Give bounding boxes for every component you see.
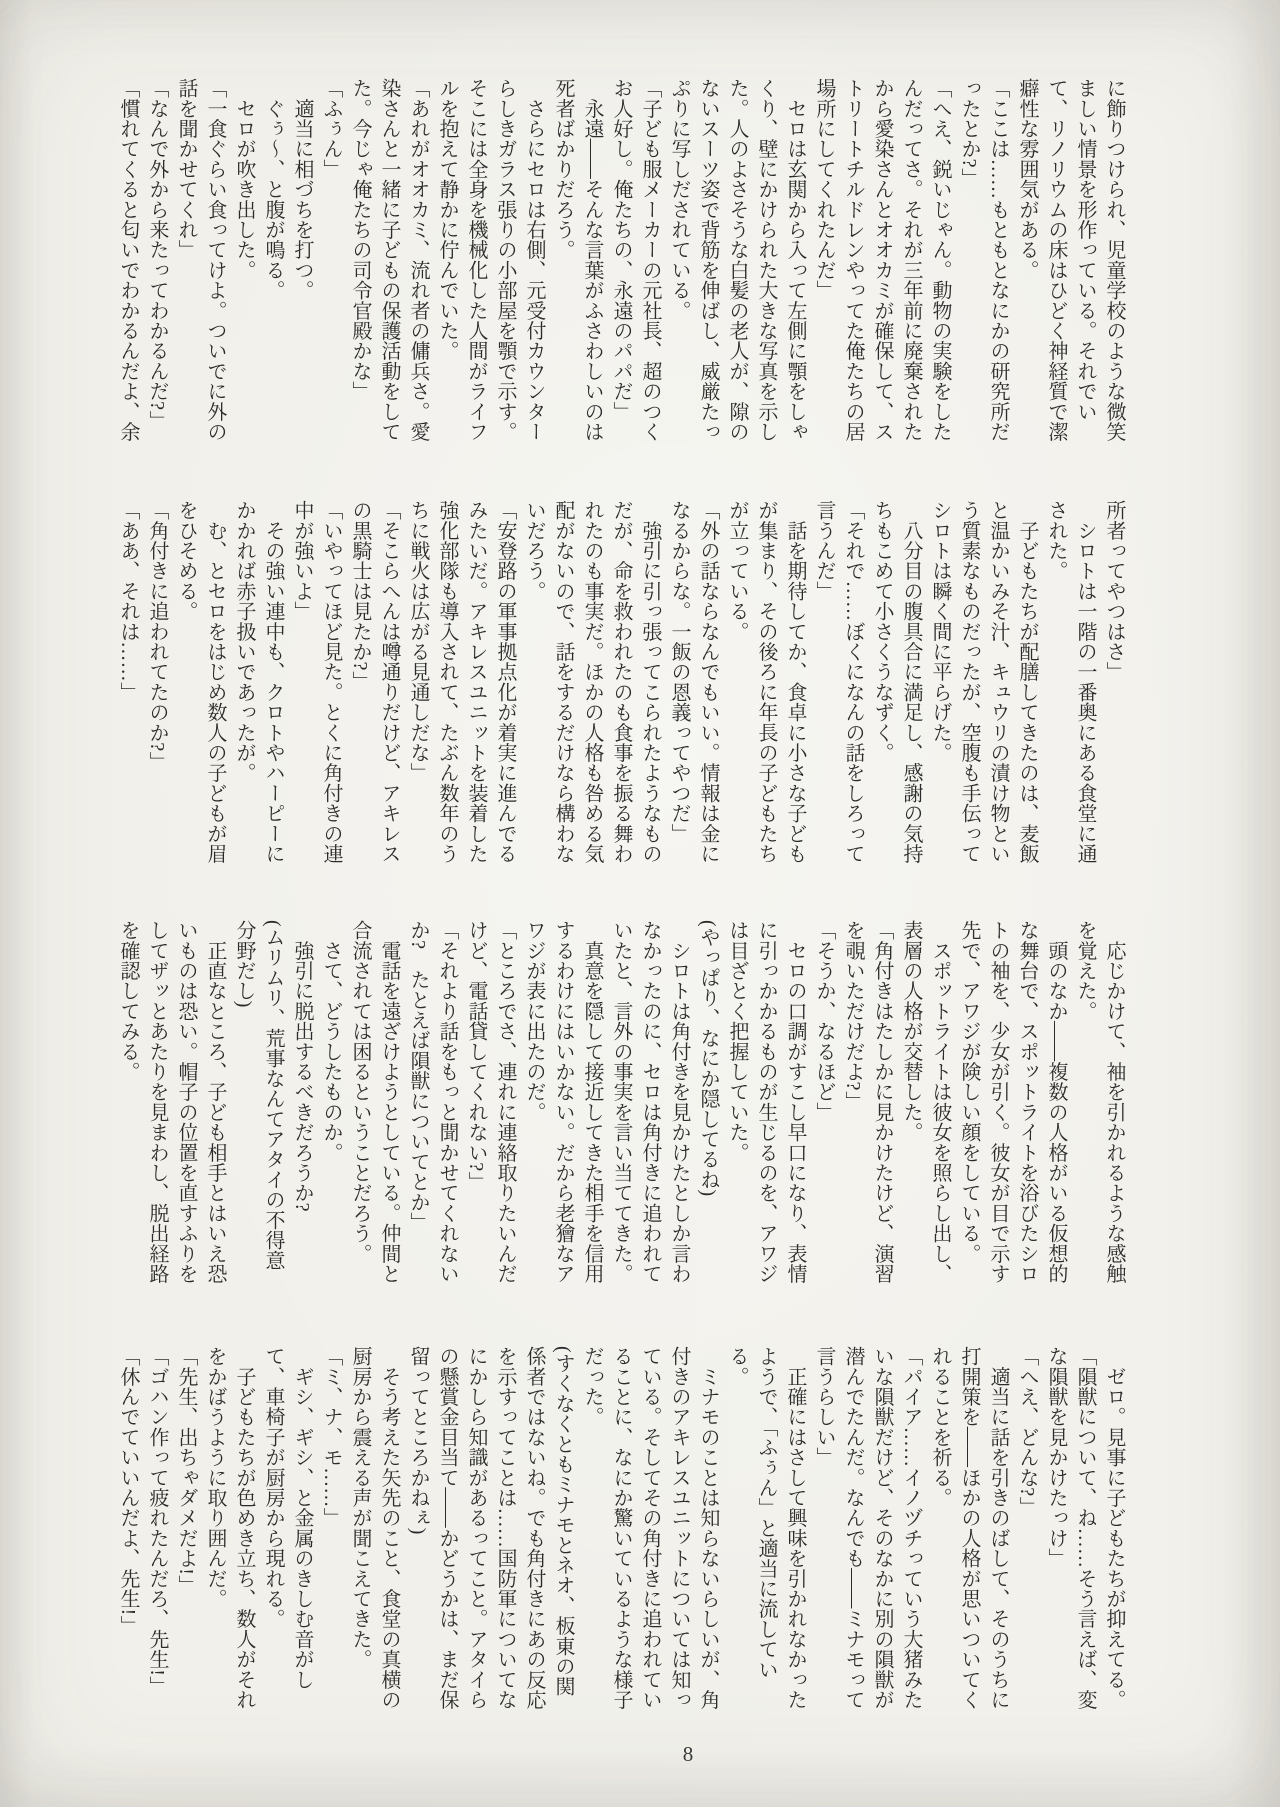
paragraph: ギシ、ギシ、と金属のきしむ音がして、車椅子が厨房から現れる。 xyxy=(258,1346,316,1712)
paragraph: (やっぱり、なにか隠してるね) xyxy=(693,920,722,1286)
paragraph: 「あれがオオカミ、流れ者の傭兵さ。愛染さんと一緒に子どもの保護活動をしてた。今じ… xyxy=(345,78,432,444)
paragraph: 「一食ぐらい食ってけよ。ついでに外の話を聞かせてくれ」 xyxy=(171,78,229,444)
paragraph: 「角付きはたしかに見かけたけど、演習を覗いただけだよ?」 xyxy=(838,920,896,1286)
paragraph: 「いやってほど見た。とくに角付きの連中が強いよ」 xyxy=(287,500,345,866)
paragraph: 真意を隠して接近してきた相手を信用するわけにはいかない。だから老獪なアワジが表に… xyxy=(519,920,606,1286)
paragraph: 子どもたちが配膳してきたのは、麦飯と温かいみそ汁、キュウリの漬け物という質素なも… xyxy=(925,500,1041,866)
paragraph: 所者ってやつはさ」 xyxy=(1099,500,1128,866)
paragraph: 八分目の腹具合に満足し、感謝の気持ちもこめて小さくうなずく。 xyxy=(867,500,925,866)
paragraph: 「それで……ぼくになんの話をしろって言うんだ」 xyxy=(809,500,867,866)
paragraph: 話を期待してか、食卓に小さな子どもが集まり、その後ろに年長の子どもたちが立ってい… xyxy=(722,500,809,866)
paragraph: 適当に相づちを打つ。 xyxy=(287,78,316,444)
paragraph: 強引に脱出するべきだろうか? xyxy=(287,920,316,1286)
paragraph: 正直なところ、子ども相手とはいえ恐いものは恐い。帽子の位置を直すふりをしてザッと… xyxy=(113,920,229,1286)
paragraph: ゼロ。見事に子どもたちが抑えてる。 xyxy=(1099,1346,1128,1712)
paragraph: 適当に話を引きのばして、そのうちに打開策を――ほかの人格が思いついてくれることを… xyxy=(925,1346,1012,1712)
paragraph: さらにセロは右側、元受付カウンターらしきガラス張りの小部屋を顎で示す。そこには全… xyxy=(432,78,548,444)
paragraph: セロの口調がすこし早口になり、表情に引っかかるものが生じるのを、アワジは目ざとく… xyxy=(722,920,809,1286)
paragraph: 「へえ、鋭いじゃん。動物の実験をしたんだってさ。それが三年前に廃棄されたから愛染… xyxy=(809,78,954,444)
text-band-1: に飾りつけられ、児童学校のような微笑ましい情景を形作っている。それでいて、リノリ… xyxy=(113,78,1128,444)
paragraph: ぐぅ〜、と腹が鳴る。 xyxy=(258,78,287,444)
paragraph: 「ところでさ、連れに連絡取りたいんだけど、電話貸してくれない?」 xyxy=(461,920,519,1286)
paragraph: ミナモのことは知らないらしいが、角付きのアキレスユニットについては知っている。そ… xyxy=(577,1346,722,1712)
paragraph: シロトは角付きを見かけたとしか言わなかったのに、セロは角付きに追われていたと、言… xyxy=(606,920,693,1286)
paragraph: 頭のなか――複数の人格がいる仮想的な舞台で、スポットライトを浴びたシロトの袖を、… xyxy=(954,920,1070,1286)
paragraph: 「隕獣について、ね……そう言えば、変な隕獣を見かけたっけ」 xyxy=(1041,1346,1099,1712)
paragraph: 「ああ、それは……」 xyxy=(113,500,142,866)
paragraph: セロが吹き出した。 xyxy=(229,78,258,444)
paragraph: 「ここは……もともとなにかの研究所だったとか?」 xyxy=(954,78,1012,444)
paragraph: 応じかけて、袖を引かれるような感触を覚えた。 xyxy=(1070,920,1128,1286)
paragraph: その強い連中も、クロトやハーピーにかかれば赤子扱いであったが。 xyxy=(229,500,287,866)
paragraph: 「ゴハン作って疲れたんだろ、先生!」 xyxy=(142,1346,171,1712)
paragraph: 「それより話をもっと聞かせてくれないか? たとえば隕獣についてとか」 xyxy=(403,920,461,1286)
paragraph: 「ミ、ナ、モ……」 xyxy=(316,1346,345,1712)
paragraph: 「そこらへんは噂通りだけど、アキレスの黒騎士は見たか?」 xyxy=(345,500,403,866)
scanned-book-page: に飾りつけられ、児童学校のような微笑ましい情景を形作っている。それでいて、リノリ… xyxy=(0,0,1280,1807)
paragraph: 子どもたちが色めき立ち、数人がそれをかばうように取り囲んだ。 xyxy=(200,1346,258,1712)
paragraph: さて、どうしたものか。 xyxy=(316,920,345,1286)
paragraph: 「パイア……イノヅチっていう大猪みたいな隕獣だけど、そのなかに別の隕獣が潜んでた… xyxy=(809,1346,925,1712)
paragraph: 「へえ、どんな?」 xyxy=(1012,1346,1041,1712)
text-band-2: 所者ってやつはさ」 シロトは一階の一番奥にある食堂に通された。 子どもたちが配膳… xyxy=(113,500,1128,866)
paragraph: 「角付きに追われてたのか?」 xyxy=(142,500,171,866)
paragraph: 強引に引っ張ってこられたようなものだが、命を救われたのも食事を振る舞われたのも事… xyxy=(519,500,664,866)
paragraph: セロは玄関から入って左側に顎をしゃくり、壁にかけられた大きな写真を示した。人のよ… xyxy=(664,78,809,444)
paragraph: そう考えた矢先のこと、食堂の真横の厨房から震える声が聞こえてきた。 xyxy=(345,1346,403,1712)
paragraph: 「なんで外から来たってわかるんだ?」 xyxy=(142,78,171,444)
paragraph: 「慣れてくると匂いでわかるんだよ、余 xyxy=(113,78,142,444)
paragraph: 永遠――そんな言葉がふさわしいのは死者ばかりだろう。 xyxy=(548,78,606,444)
text-band-3: 応じかけて、袖を引かれるような感触を覚えた。 頭のなか――複数の人格がいる仮想的… xyxy=(113,920,1128,1286)
paragraph: に飾りつけられ、児童学校のような微笑ましい情景を形作っている。それでいて、リノリ… xyxy=(1012,78,1128,444)
paragraph: 「ふぅん」 xyxy=(316,78,345,444)
paragraph: 「先生、出ちゃダメだよ!」 xyxy=(171,1346,200,1712)
paragraph: スポットライトは彼女を照らし出し、表層の人格が交替した。 xyxy=(896,920,954,1286)
paragraph: (ムリムリ、荒事なんてアタイの不得意分野だし) xyxy=(229,920,287,1286)
paragraph: 「休んでていいんだよ、先生!」 xyxy=(113,1346,142,1712)
paragraph: シロトは一階の一番奥にある食堂に通された。 xyxy=(1041,500,1099,866)
page-number: 8 xyxy=(683,1742,694,1767)
paragraph: 正確にはさして興味を引かれなかったようで、「ふぅん」と適当に流している。 xyxy=(722,1346,809,1712)
paragraph: 「子ども服メーカーの元社長、超のつくお人好し。俺たちの、永遠のパパだ」 xyxy=(606,78,664,444)
paragraph: (すくなくともミナモとネオ、板東の関係者ではないね。でも角付きにあの反応を示すっ… xyxy=(403,1346,577,1712)
paragraph: 「安登路の軍事拠点化が着実に進んでるみたいだ。アキレスユニットを装着した強化部隊… xyxy=(403,500,519,866)
text-band-4: ゼロ。見事に子どもたちが抑えてる。「隕獣について、ね……そう言えば、変な隕獣を見… xyxy=(113,1346,1128,1712)
paragraph: む、とセロをはじめ数人の子どもが眉をひそめる。 xyxy=(171,500,229,866)
paragraph: 「そうか、なるほど」 xyxy=(809,920,838,1286)
paragraph: 「外の話ならなんでもいい。情報は金になるからな。一飯の恩義ってやつだ」 xyxy=(664,500,722,866)
paragraph: 電話を遠ざけようとしている。仲間と合流されては困るということだろう。 xyxy=(345,920,403,1286)
